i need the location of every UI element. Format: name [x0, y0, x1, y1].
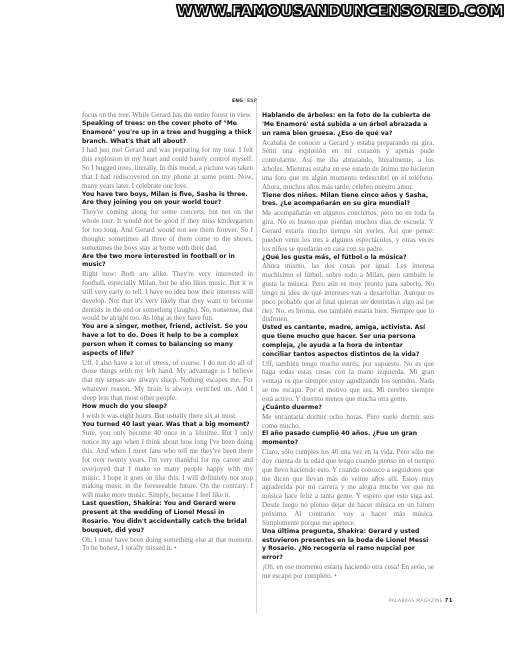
- question: You have two boys, Milan is five, Sasha …: [82, 191, 253, 209]
- answer: Claro, sólo cumples los 40 una vez en la…: [262, 448, 434, 528]
- spanish-column: Hablando de árboles: en la foto de la cu…: [262, 112, 434, 581]
- question: El año pasado cumplió 40 años. ¿Fue un g…: [262, 430, 434, 448]
- language-switch: ENG|ESP: [232, 99, 257, 104]
- answer: Uff, también tengo mucho estrés, por sup…: [262, 360, 434, 404]
- page-number: 71: [445, 598, 453, 604]
- answer: Sure, you only become 40 once in a lifet…: [82, 429, 253, 500]
- lang-separator: |: [244, 99, 246, 104]
- answer: Oh, I must have been doing something els…: [82, 536, 253, 554]
- magazine-name: PALABRAS MAGAZINE: [389, 599, 443, 604]
- answer: Me acompañarán en algunos conciertos, pe…: [262, 209, 434, 253]
- answer: ¡Oh, en ese momento estaría haciendo otr…: [262, 563, 434, 581]
- answer: I had just met Gerard and was preparing …: [82, 146, 253, 190]
- answer: Right now: Both are alike. They're very …: [82, 270, 253, 323]
- answer: Ahora mismo, las dos cosas por igual. Le…: [262, 262, 434, 324]
- page-footer: PALABRAS MAGAZINE 71: [389, 598, 453, 604]
- question: ¿Qué les gusta más, el fútbol o la músic…: [262, 254, 434, 263]
- question: Last question, Shakira: You and Gerard w…: [82, 500, 253, 535]
- answer: They're coming along for some concerts, …: [82, 208, 253, 252]
- question: Speaking of trees: on the cover photo of…: [82, 120, 253, 147]
- question: Hablando de árboles: en la foto de la cu…: [262, 112, 434, 139]
- english-column: focus on the tree. While Gerard has the …: [82, 111, 253, 553]
- answer: I wish it was eight hours. But usually t…: [82, 412, 253, 421]
- answer: Me encantaría dormir ocho horas. Pero su…: [262, 413, 434, 431]
- question: Are the two more interested in football …: [82, 253, 253, 271]
- answer: Uff, I also have a lot of stress, of cou…: [82, 359, 253, 403]
- intro-text: focus on the tree. While Gerard has the …: [82, 111, 253, 120]
- question: You are a singer, mother, friend, activi…: [82, 323, 253, 358]
- watermark: WWW.FAMOUSANDUNCENSORED.COM: [142, 2, 512, 24]
- question: Una última pregunta, Shakira: Gerard y u…: [262, 528, 434, 563]
- question: How much do you sleep?: [82, 403, 253, 412]
- column-divider: [256, 100, 257, 613]
- question: Usted es cantante, madre, amiga, activis…: [262, 324, 434, 359]
- question: Tiene dos niños. Milan tiene cinco años …: [262, 192, 434, 210]
- lang-eng[interactable]: ENG: [232, 99, 243, 104]
- question: ¿Cuánto duerme?: [262, 404, 434, 413]
- answer: Acababa de conocer a Gerard y estaba pre…: [262, 139, 434, 192]
- question: You turned 40 last year. Was that a big …: [82, 421, 253, 430]
